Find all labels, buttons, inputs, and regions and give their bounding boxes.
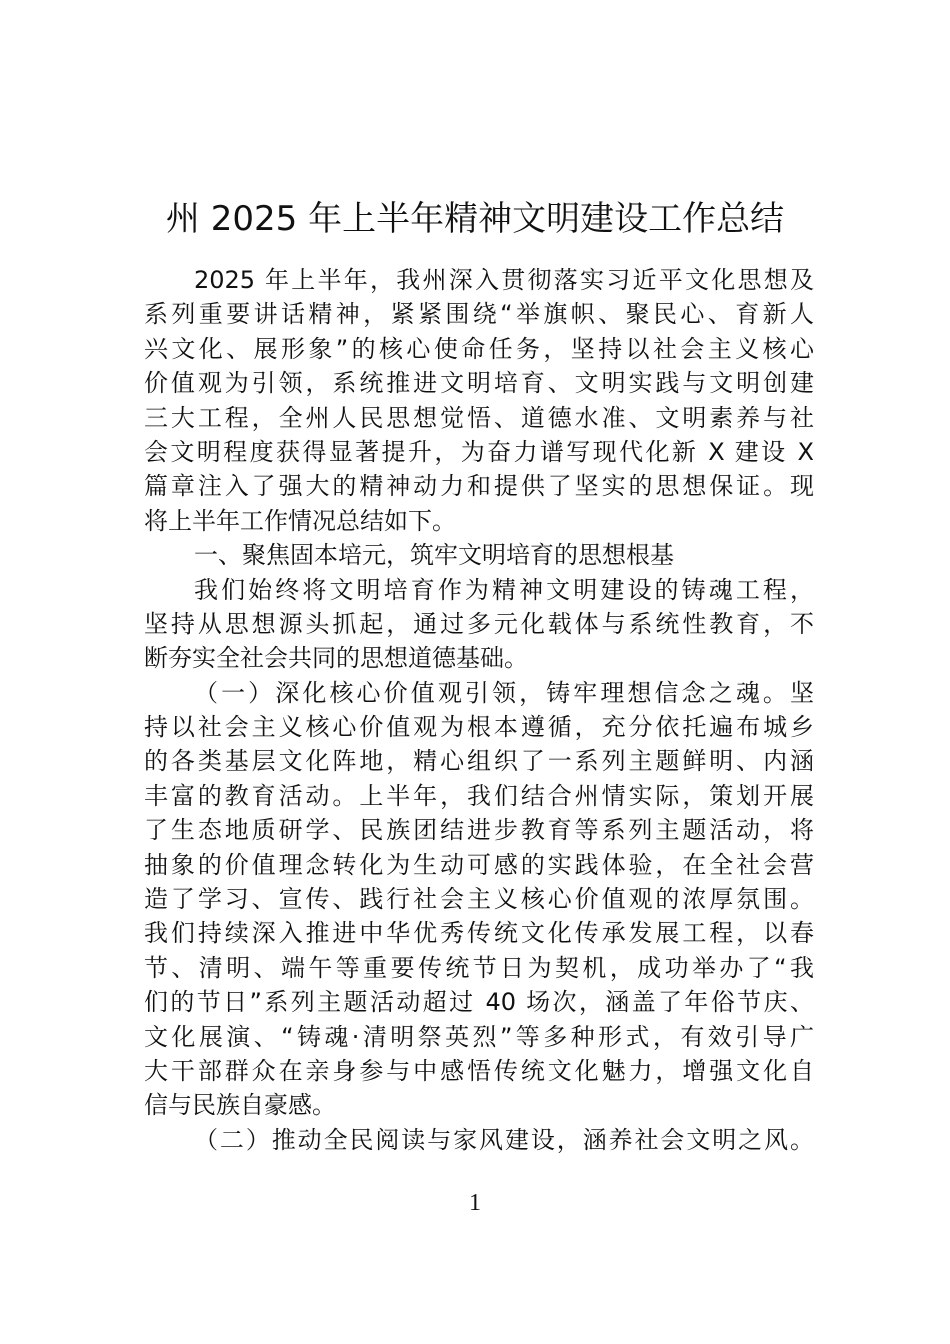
section-intro-paragraph: 我们始终将文明培育作为精神文明建设的铸魂工程， 坚持从思想源头抓起，通过多元化载… bbox=[144, 573, 814, 676]
document-title: 州 2025 年上半年精神文明建设工作总结 bbox=[0, 195, 950, 243]
text-line: 们的节日”系列主题活动超过 40 场次，涵盖了年俗节庆、 bbox=[144, 985, 814, 1019]
text-line: 抽象的价值理念转化为生动可感的实践体验，在全社会营 bbox=[144, 848, 814, 882]
text-line: 将上半年工作情况总结如下。 bbox=[144, 504, 814, 538]
intro-paragraph: 2025 年上半年，我州深入贯彻落实习近平文化思想及 系列重要讲话精神，紧紧围绕… bbox=[144, 263, 814, 538]
document-page: 州 2025 年上半年精神文明建设工作总结 2025 年上半年，我州深入贯彻落实… bbox=[0, 0, 950, 1344]
document-body: 2025 年上半年，我州深入贯彻落实习近平文化思想及 系列重要讲话精神，紧紧围绕… bbox=[144, 263, 814, 1157]
text-line: 会文明程度获得显著提升，为奋力谱写现代化新 X 建设 X bbox=[144, 435, 814, 469]
heading-line: 一、聚焦固本培元，筑牢文明培育的思想根基 bbox=[144, 538, 814, 572]
text-line: 了生态地质研学、民族团结进步教育等系列主题活动，将 bbox=[144, 813, 814, 847]
text-line: 2025 年上半年，我州深入贯彻落实习近平文化思想及 bbox=[144, 263, 814, 297]
text-line: 篇章注入了强大的精神动力和提供了坚实的思想保证。现 bbox=[144, 469, 814, 503]
text-line: 的各类基层文化阵地，精心组织了一系列主题鲜明、内涵 bbox=[144, 744, 814, 778]
text-line: 持以社会主义核心价值观为根本遵循，充分依托遍布城乡 bbox=[144, 710, 814, 744]
text-line: 兴文化、展形象”的核心使命任务，坚持以社会主义核心 bbox=[144, 332, 814, 366]
text-line: 系列重要讲话精神，紧紧围绕“举旗帜、聚民心、育新人 bbox=[144, 297, 814, 331]
text-line: 丰富的教育活动。上半年，我们结合州情实际，策划开展 bbox=[144, 779, 814, 813]
text-line: 价值观为引领，系统推进文明培育、文明实践与文明创建 bbox=[144, 366, 814, 400]
text-line: 节、清明、端午等重要传统节日为契机，成功举办了“我 bbox=[144, 951, 814, 985]
text-line: 三大工程，全州人民思想觉悟、道德水准、文明素养与社 bbox=[144, 401, 814, 435]
text-line: 信与民族自豪感。 bbox=[144, 1088, 814, 1122]
subsection-paragraph-2: （二）推动全民阅读与家风建设，涵养社会文明之风。 bbox=[144, 1123, 814, 1157]
page-number: 1 bbox=[0, 1188, 950, 1218]
text-line: （二）推动全民阅读与家风建设，涵养社会文明之风。 bbox=[144, 1123, 814, 1157]
section-heading: 一、聚焦固本培元，筑牢文明培育的思想根基 bbox=[144, 538, 814, 572]
text-line: 文化展演、“铸魂·清明祭英烈”等多种形式，有效引导广 bbox=[144, 1020, 814, 1054]
text-line: 坚持从思想源头抓起，通过多元化载体与系统性教育，不 bbox=[144, 607, 814, 641]
text-line: 我们持续深入推进中华优秀传统文化传承发展工程，以春 bbox=[144, 916, 814, 950]
subsection-paragraph-1: （一）深化核心价值观引领，铸牢理想信念之魂。坚 持以社会主义核心价值观为根本遵循… bbox=[144, 676, 814, 1123]
text-line: 大干部群众在亲身参与中感悟传统文化魅力，增强文化自 bbox=[144, 1054, 814, 1088]
text-line: （一）深化核心价值观引领，铸牢理想信念之魂。坚 bbox=[144, 676, 814, 710]
text-line: 断夯实全社会共同的思想道德基础。 bbox=[144, 641, 814, 675]
text-line: 造了学习、宣传、践行社会主义核心价值观的浓厚氛围。 bbox=[144, 882, 814, 916]
text-line: 我们始终将文明培育作为精神文明建设的铸魂工程， bbox=[144, 573, 814, 607]
